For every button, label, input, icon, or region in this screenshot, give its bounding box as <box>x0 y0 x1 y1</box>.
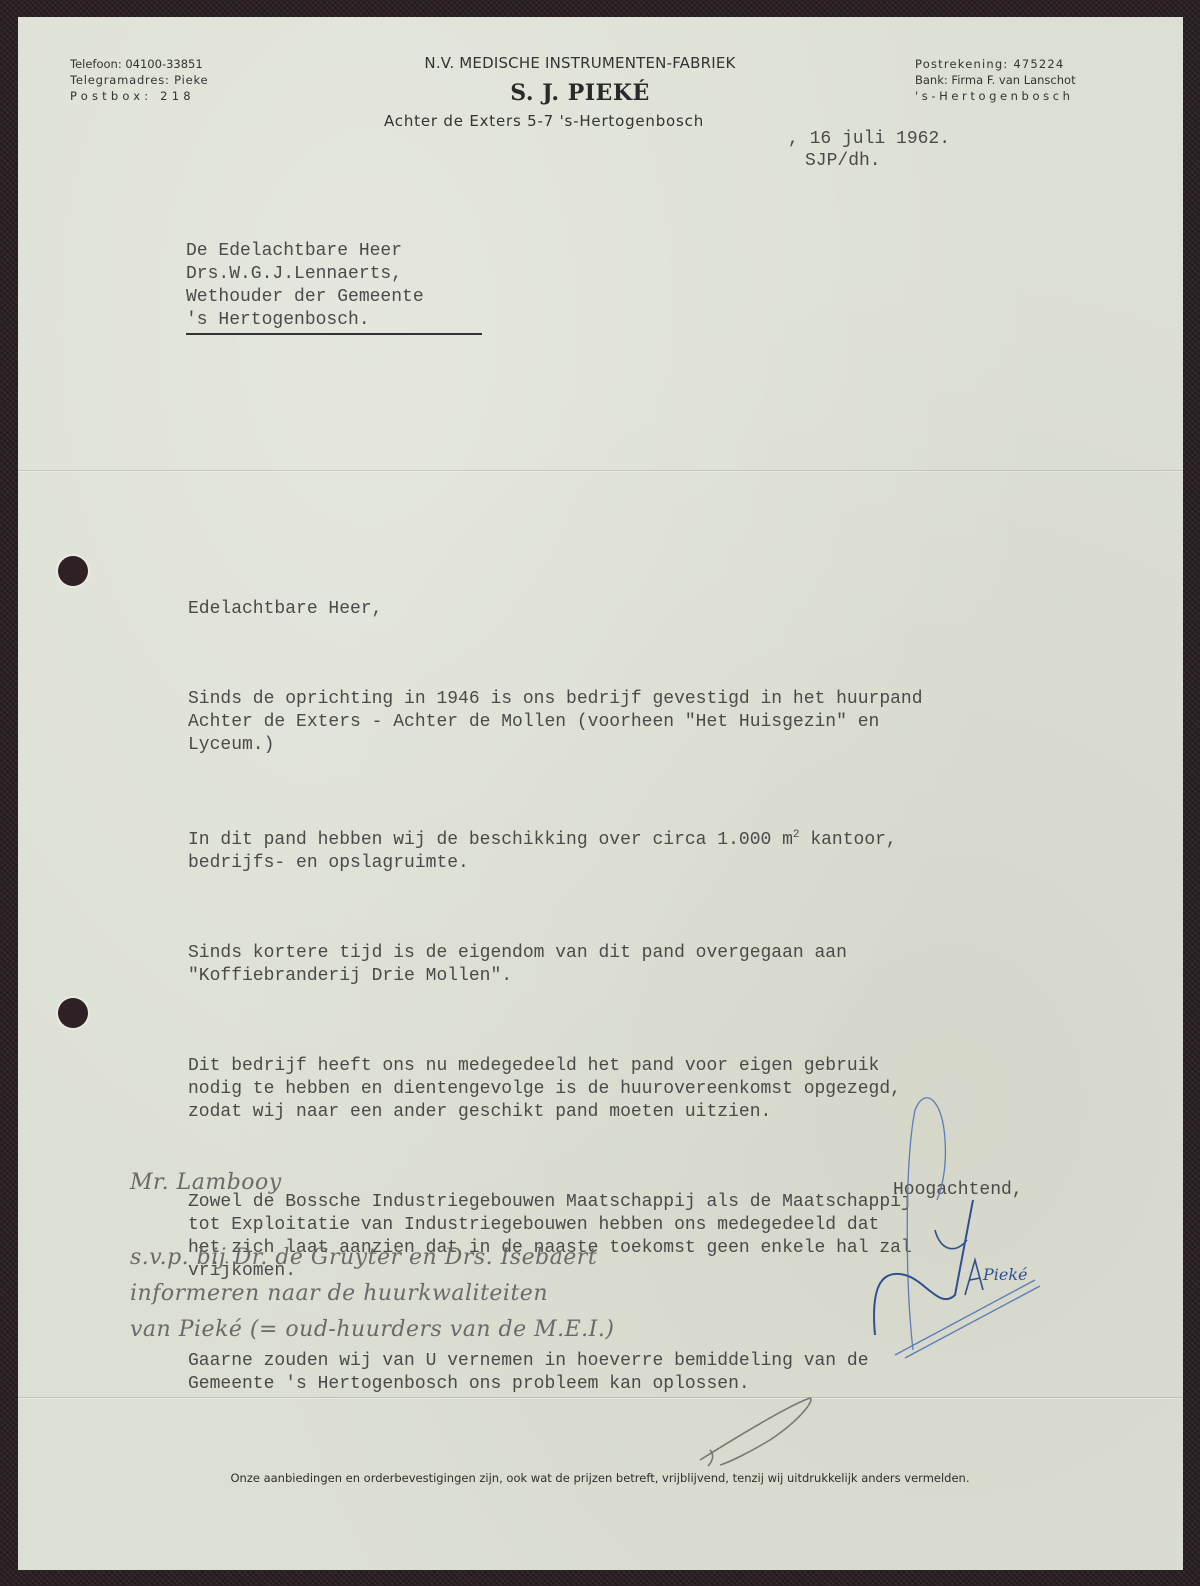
letterhead-bank: Postrekening: 475224 Bank: Firma F. van … <box>915 56 1076 104</box>
postbox: Postbox: 218 <box>70 88 208 104</box>
telegramadres: Telegramadres: Pieke <box>70 72 208 88</box>
paragraph: Sinds de oprichting in 1946 is ons bedri… <box>188 688 1128 757</box>
paraph-icon <box>690 1390 830 1470</box>
addressee-block: De Edelachtbare Heer Drs.W.G.J.Lennaerts… <box>186 240 482 335</box>
reference: SJP/dh. <box>788 150 950 172</box>
addressee-line: 's Hertogenbosch. <box>186 309 482 335</box>
telefoon: Telefoon: 04100-33851 <box>70 56 208 72</box>
addressee-line: Drs.W.G.J.Lennaerts, <box>186 263 482 286</box>
handwritten-note-recipient: Mr. Lambooy <box>130 1170 282 1195</box>
addressee-line: De Edelachtbare Heer <box>186 240 482 263</box>
paragraph: In dit pand hebben wij de beschikking ov… <box>188 824 1128 875</box>
company-address: Achter de Exters 5-7 's-Hertogenbosch <box>370 112 790 130</box>
date-block: , 16 juli 1962. SJP/dh. <box>788 128 950 172</box>
fold-line <box>18 470 1183 471</box>
date: , 16 juli 1962. <box>788 128 950 150</box>
punch-hole <box>58 556 88 586</box>
bank-city: 's-Hertogenbosch <box>915 88 1076 104</box>
punch-hole <box>58 998 88 1028</box>
paragraph: Sinds kortere tijd is de eigendom van di… <box>188 942 1128 988</box>
addressee-line: Wethouder der Gemeente <box>186 286 482 309</box>
signature-icon: Pieké <box>855 1080 1055 1360</box>
company-type: N.V. MEDISCHE INSTRUMENTEN-FABRIEK <box>370 54 790 72</box>
svg-text:Pieké: Pieké <box>982 1265 1028 1284</box>
postrekening: Postrekening: 475224 <box>915 56 1076 72</box>
bank: Bank: Firma F. van Lanschot <box>915 72 1076 88</box>
letterhead-contact: Telefoon: 04100-33851 Telegramadres: Pie… <box>70 56 208 104</box>
salutation: Edelachtbare Heer, <box>188 598 1128 621</box>
handwritten-note-body: s.v.p. bij Dr. de Gruyter en Drs. Isebae… <box>130 1240 614 1348</box>
letterhead-company: N.V. MEDISCHE INSTRUMENTEN-FABRIEK S. J.… <box>370 54 790 130</box>
footer-terms: Onze aanbiedingen en orderbevestigingen … <box>0 1471 1200 1485</box>
company-name: S. J. PIEKÉ <box>370 80 790 106</box>
